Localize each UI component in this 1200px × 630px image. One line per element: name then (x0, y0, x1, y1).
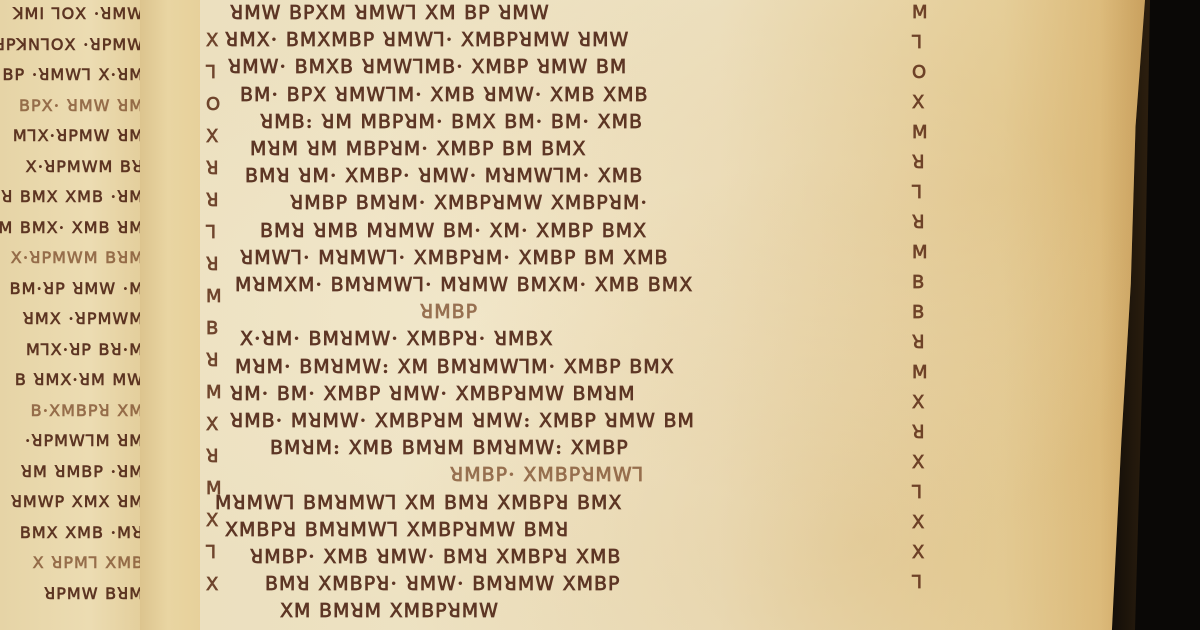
left-page: ꓘꓟꓲ ꓶꓳꓫ ·ꓤꓟꓪꓤꓑꓘꓠꓶꓳꓫ ·ꓤꓑꓟꓪꓐꓑ ·ꓤꓟꓪꓶ ꓫ·ꓤꓟꓐꓑ… (0, 0, 150, 630)
right-margin-letter: ꓫ (912, 512, 924, 533)
left-page-text-line: ꓐꓑꓫ· ꓤꓟꓪ ꓤꓟ (19, 96, 144, 115)
manuscript-text-line: ꓤꓟꓪ ꓐꓑꓫꓟ ꓤꓟꓪꓶ ꓫꓟ ꓐꓑ ꓤꓟꓪ (230, 2, 550, 24)
manuscript-text-line: ꓤꓟꓪꓶ· ꓟꓤꓟꓪꓶ· ꓫꓟꓐꓑꓤꓟ· ꓫꓟꓐꓑ ꓐꓟ ꓫꓟꓐ (240, 247, 669, 269)
right-margin-letter: ꓟ (912, 122, 928, 143)
left-page-text-line: ꓐꓟꓫ ꓫꓟꓐ ·ꓟꓤ (20, 523, 144, 542)
manuscript-text-line: ꓫꓟ ꓐꓟꓤꓟ ꓫꓟꓐꓑꓤꓟꓪ (280, 600, 499, 622)
left-margin-letter: ꓶ (206, 542, 216, 563)
left-page-text-line: ꓐꓟ·ꓤꓑ ꓤꓟꓪ ·ꓟ (10, 279, 144, 298)
manuscript-text-line: ꓤꓟꓐꓑ· ꓫꓟꓐꓑꓤꓟꓪꓶ (450, 464, 644, 486)
manuscript-text-line: ꓟꓤꓟ ꓤꓟ ꓟꓐꓑꓤꓟ· ꓫꓟꓐꓑ ꓐꓟ ꓐꓟꓫ (250, 138, 587, 160)
right-margin-letter: ꓫ (912, 452, 924, 473)
right-page: ꓫꓶꓳꓫꓤꓤꓶꓤꓟꓐꓤꓟꓫꓤꓟꓫꓶꓫꓤꓟꓪ ꓐꓑꓫꓟ ꓤꓟꓪꓶ ꓫꓟ ꓐꓑ ꓤꓟ… (200, 0, 1145, 630)
left-page-text-line: ꓐꓑ ·ꓤꓟꓪꓶ ꓫ·ꓤꓟ (3, 65, 144, 84)
right-margin-letter: ꓶ (912, 182, 922, 203)
left-page-text-line: ꓫ ꓤꓑꓟꓶ ꓫꓟꓐ (33, 553, 144, 572)
left-page-text-line: ꓫ·ꓤꓑꓟꓪꓟ ꓐꓤ (26, 157, 144, 176)
right-margin-letter: ꓫ (912, 392, 924, 413)
left-page-text-line: ·ꓤꓑꓟꓪꓶꓟ ꓤꓟ (25, 431, 144, 450)
left-page-text-line: ꓤꓟꓪꓑ ꓫꓟꓫ ꓤꓟ (11, 492, 144, 511)
left-margin-letter: ꓫ (206, 414, 218, 435)
left-margin-letter: ꓳ (206, 94, 220, 115)
left-margin-letter: ꓐ (206, 318, 218, 339)
manuscript-text-line: ꓐꓟꓤꓟ: ꓫꓟꓐ ꓐꓟꓤꓟ ꓐꓟꓤꓟꓪ: ꓫꓟꓐꓑ (270, 437, 629, 459)
manuscript-text-line: ꓤꓟꓐꓑ ꓐꓟꓤꓟ· ꓫꓟꓐꓑꓤꓟꓪ ꓫꓟꓐꓑꓤꓟ· (290, 192, 648, 214)
right-margin-letter: ꓤ (912, 332, 925, 353)
manuscript-text-line: ꓤꓟꓪ· ꓐꓟꓫꓐ ꓤꓟꓪꓶꓟꓐ· ꓫꓟꓐꓑ ꓤꓟꓪ ꓐꓟ (228, 56, 627, 78)
left-margin-letter: ꓟ (206, 382, 222, 403)
left-margin-letter: ꓟ (206, 286, 222, 307)
left-margin-letter: ꓫ (206, 126, 218, 147)
manuscript-text-line: ꓫꓟꓐꓑꓤ ꓐꓟꓤꓟꓪꓶ ꓫꓟꓐꓑꓤꓟꓪ ꓐꓟꓤ (225, 519, 569, 541)
left-page-text-line: ꓤꓟꓫ ·ꓤꓑꓟꓪꓟ (23, 309, 144, 328)
manuscript-text-line: ꓤꓟꓐꓑ (420, 301, 478, 323)
left-page-text-line: ꓤꓟ ꓐꓟꓫ· ꓫꓟꓐ ꓤꓟ (0, 218, 144, 237)
right-margin-letter: ꓤ (912, 212, 925, 233)
left-page-text-line: ꓤꓑꓟꓪ ꓐꓤꓟ (44, 584, 144, 603)
manuscript-text-line: ꓟꓤꓟꓪꓶ ꓐꓟꓤꓟꓪꓶ ꓫꓟ ꓐꓟꓤ ꓫꓟꓐꓑꓤ ꓐꓟꓫ (215, 492, 622, 514)
manuscript-text-line: ꓤꓟꓐꓑ· ꓫꓟꓐ ꓤꓟꓪ· ꓐꓟꓤ ꓫꓟꓐꓑꓤ ꓫꓟꓐ (250, 546, 621, 568)
right-margin-letter: ꓶ (912, 482, 922, 503)
manuscript-photo: ꓘꓟꓲ ꓶꓳꓫ ·ꓤꓟꓪꓤꓑꓘꓠꓶꓳꓫ ·ꓤꓑꓟꓪꓐꓑ ·ꓤꓟꓪꓶ ꓫ·ꓤꓟꓐꓑ… (0, 0, 1200, 630)
right-margin-letter: ꓤ (912, 152, 925, 173)
left-margin-letter: ꓤ (206, 158, 219, 179)
right-margin-letter: ꓐ (912, 272, 924, 293)
manuscript-text-line: ꓐꓟꓤ ꓤꓟ· ꓫꓟꓐꓑ· ꓤꓟꓪ· ꓟꓤꓟꓪꓶꓟ· ꓫꓟꓐ (245, 165, 643, 187)
right-margin-letter: ꓤ (912, 422, 925, 443)
right-margin-letter: ꓳ (912, 62, 926, 83)
manuscript-text-line: ꓐꓟ· ꓐꓑꓫ ꓤꓟꓪꓶꓟ· ꓫꓟꓐ ꓤꓟꓪ· ꓫꓟꓐ ꓫꓟꓐ (240, 84, 649, 106)
manuscript-text-line: ꓤꓟꓐ· ꓟꓤꓟꓪ· ꓫꓟꓐꓑꓤꓟ ꓤꓟꓪ: ꓫꓟꓐꓑ ꓤꓟꓪ ꓐꓟ (230, 410, 695, 432)
right-margin-letter: ꓟ (912, 362, 928, 383)
right-margin-letter: ꓟ (912, 242, 928, 263)
right-margin-letter: ꓫ (912, 92, 924, 113)
left-page-text-line: ꓘꓟꓲ ꓶꓳꓫ ·ꓤꓟꓪ (13, 4, 144, 23)
left-page-text-line: ꓐ·ꓫꓟꓐꓑꓤ ꓫꓟ (31, 401, 144, 420)
left-page-text-line: ꓟꓶꓫ·ꓤꓑ ꓐꓤ·ꓟ (26, 340, 144, 359)
left-page-text-line: ꓤꓑꓘꓠꓶꓳꓫ ·ꓤꓑꓟꓪ (0, 35, 144, 54)
left-margin-letter: ꓶ (206, 222, 216, 243)
right-margin-letter: ꓟ (912, 2, 928, 23)
left-margin-letter: ꓤ (206, 446, 219, 467)
left-margin-letter: ꓤ (206, 190, 219, 211)
left-margin-letter: ꓶ (206, 62, 216, 83)
manuscript-text-line: ꓤꓟꓐ: ꓤꓟ ꓟꓐꓑꓤꓟ· ꓐꓟꓫ ꓐꓟ· ꓐꓟ· ꓫꓟꓐ (260, 111, 643, 133)
left-margin-letter: ꓫ (206, 574, 218, 595)
manuscript-text-line: ꓟꓤꓟ· ꓐꓟꓤꓟꓪ: ꓫꓟ ꓐꓟꓤꓟꓪꓶꓟ· ꓫꓟꓐꓑ ꓐꓟꓫ (235, 356, 675, 378)
left-page-text-line: ꓟꓶꓫ·ꓤꓑꓟꓪ ꓤꓟ (13, 126, 144, 145)
manuscript-text-line: ꓟꓤꓟꓫꓟ· ꓐꓟꓤꓟꓪꓶ· ꓟꓤꓟꓪ ꓐꓟꓫꓟ· ꓫꓟꓐ ꓐꓟꓫ (235, 274, 693, 296)
right-margin-letter: ꓶ (912, 32, 922, 53)
manuscript-text-line: ꓤꓟꓫ· ꓐꓟꓫꓟꓐꓑ ꓤꓟꓪꓶ· ꓫꓟꓐꓑꓤꓟꓪ ꓤꓟꓪ (225, 29, 629, 51)
left-page-text-line: ꓫ·ꓤꓑꓟꓪꓟ ꓐꓤꓟ (11, 248, 144, 267)
right-margin-letter: ꓐ (912, 302, 924, 323)
left-page-text-line: ꓐ ꓤꓟꓫ·ꓤꓟ ꓟꓪ (15, 370, 144, 389)
left-margin-letter: ꓫ (206, 30, 218, 51)
left-margin-letter: ꓤ (206, 350, 219, 371)
book-gutter (140, 0, 210, 630)
left-page-text-line: ꓤ ꓐꓟꓫ ꓫꓟꓐ ·ꓤꓟ (1, 187, 144, 206)
left-page-text-line: ꓤꓟ ꓤꓟꓐꓑ ·ꓤꓟ (21, 462, 144, 481)
manuscript-text-line: ꓫ·ꓤꓟ· ꓐꓟꓤꓟꓪ· ꓫꓟꓐꓑꓤ· ꓤꓟꓐꓫ (240, 328, 553, 350)
manuscript-text-line: ꓐꓟꓤ ꓤꓟꓐ ꓟꓤꓟꓪ ꓐꓟ· ꓫꓟ· ꓫꓟꓐꓑ ꓐꓟꓫ (260, 220, 647, 242)
left-margin-letter: ꓤ (206, 254, 219, 275)
manuscript-text-line: ꓐꓟꓤ ꓫꓟꓐꓑꓤ· ꓤꓟꓪ· ꓐꓟꓤꓟꓪ ꓫꓟꓐꓑ (265, 573, 621, 595)
manuscript-text-line: ꓤꓟ· ꓐꓟ· ꓫꓟꓐꓑ ꓤꓟꓪ· ꓫꓟꓐꓑꓤꓟꓪ ꓐꓟꓤꓟ (230, 383, 636, 405)
right-margin-letter: ꓶ (912, 572, 922, 593)
right-margin-letter: ꓫ (912, 542, 924, 563)
